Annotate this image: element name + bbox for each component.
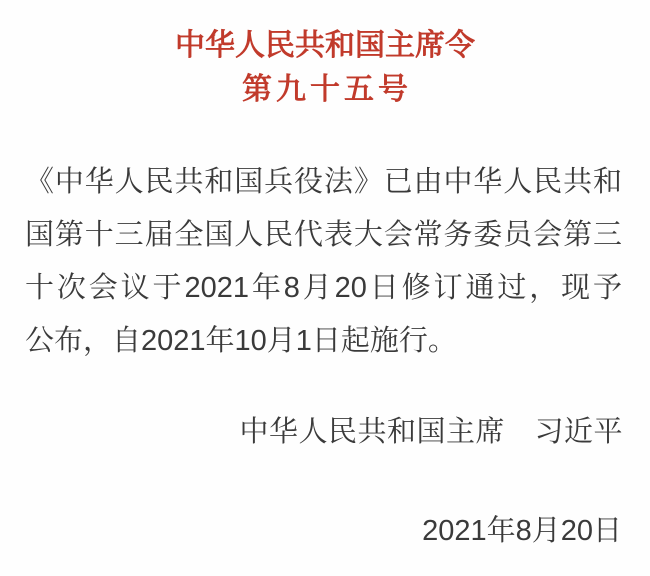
body-line: 公布，自2021年10月1日起施行。 — [25, 315, 622, 368]
decree-number: 第九十五号 — [0, 68, 650, 112]
body-line: 《中华人民共和国兵役法》已由中华人民共和 — [25, 156, 622, 209]
date-line: 2021年8月20日 — [0, 505, 650, 558]
body-line: 十次会议于2021年8月20日修订通过，现予 — [25, 262, 622, 315]
decree-title-block: 中华人民共和国主席令 第九十五号 — [0, 0, 650, 112]
decree-body: 《中华人民共和国兵役法》已由中华人民共和 国第十三届全国人民代表大会常务委员会第… — [25, 156, 622, 368]
signature-line: 中华人民共和国主席 习近平 — [0, 406, 650, 459]
body-line: 国第十三届全国人民代表大会常务委员会第三 — [25, 209, 622, 262]
decree-document-page: 中华人民共和国主席令 第九十五号 《中华人民共和国兵役法》已由中华人民共和 国第… — [0, 0, 650, 576]
decree-title: 中华人民共和国主席令 — [0, 24, 650, 68]
